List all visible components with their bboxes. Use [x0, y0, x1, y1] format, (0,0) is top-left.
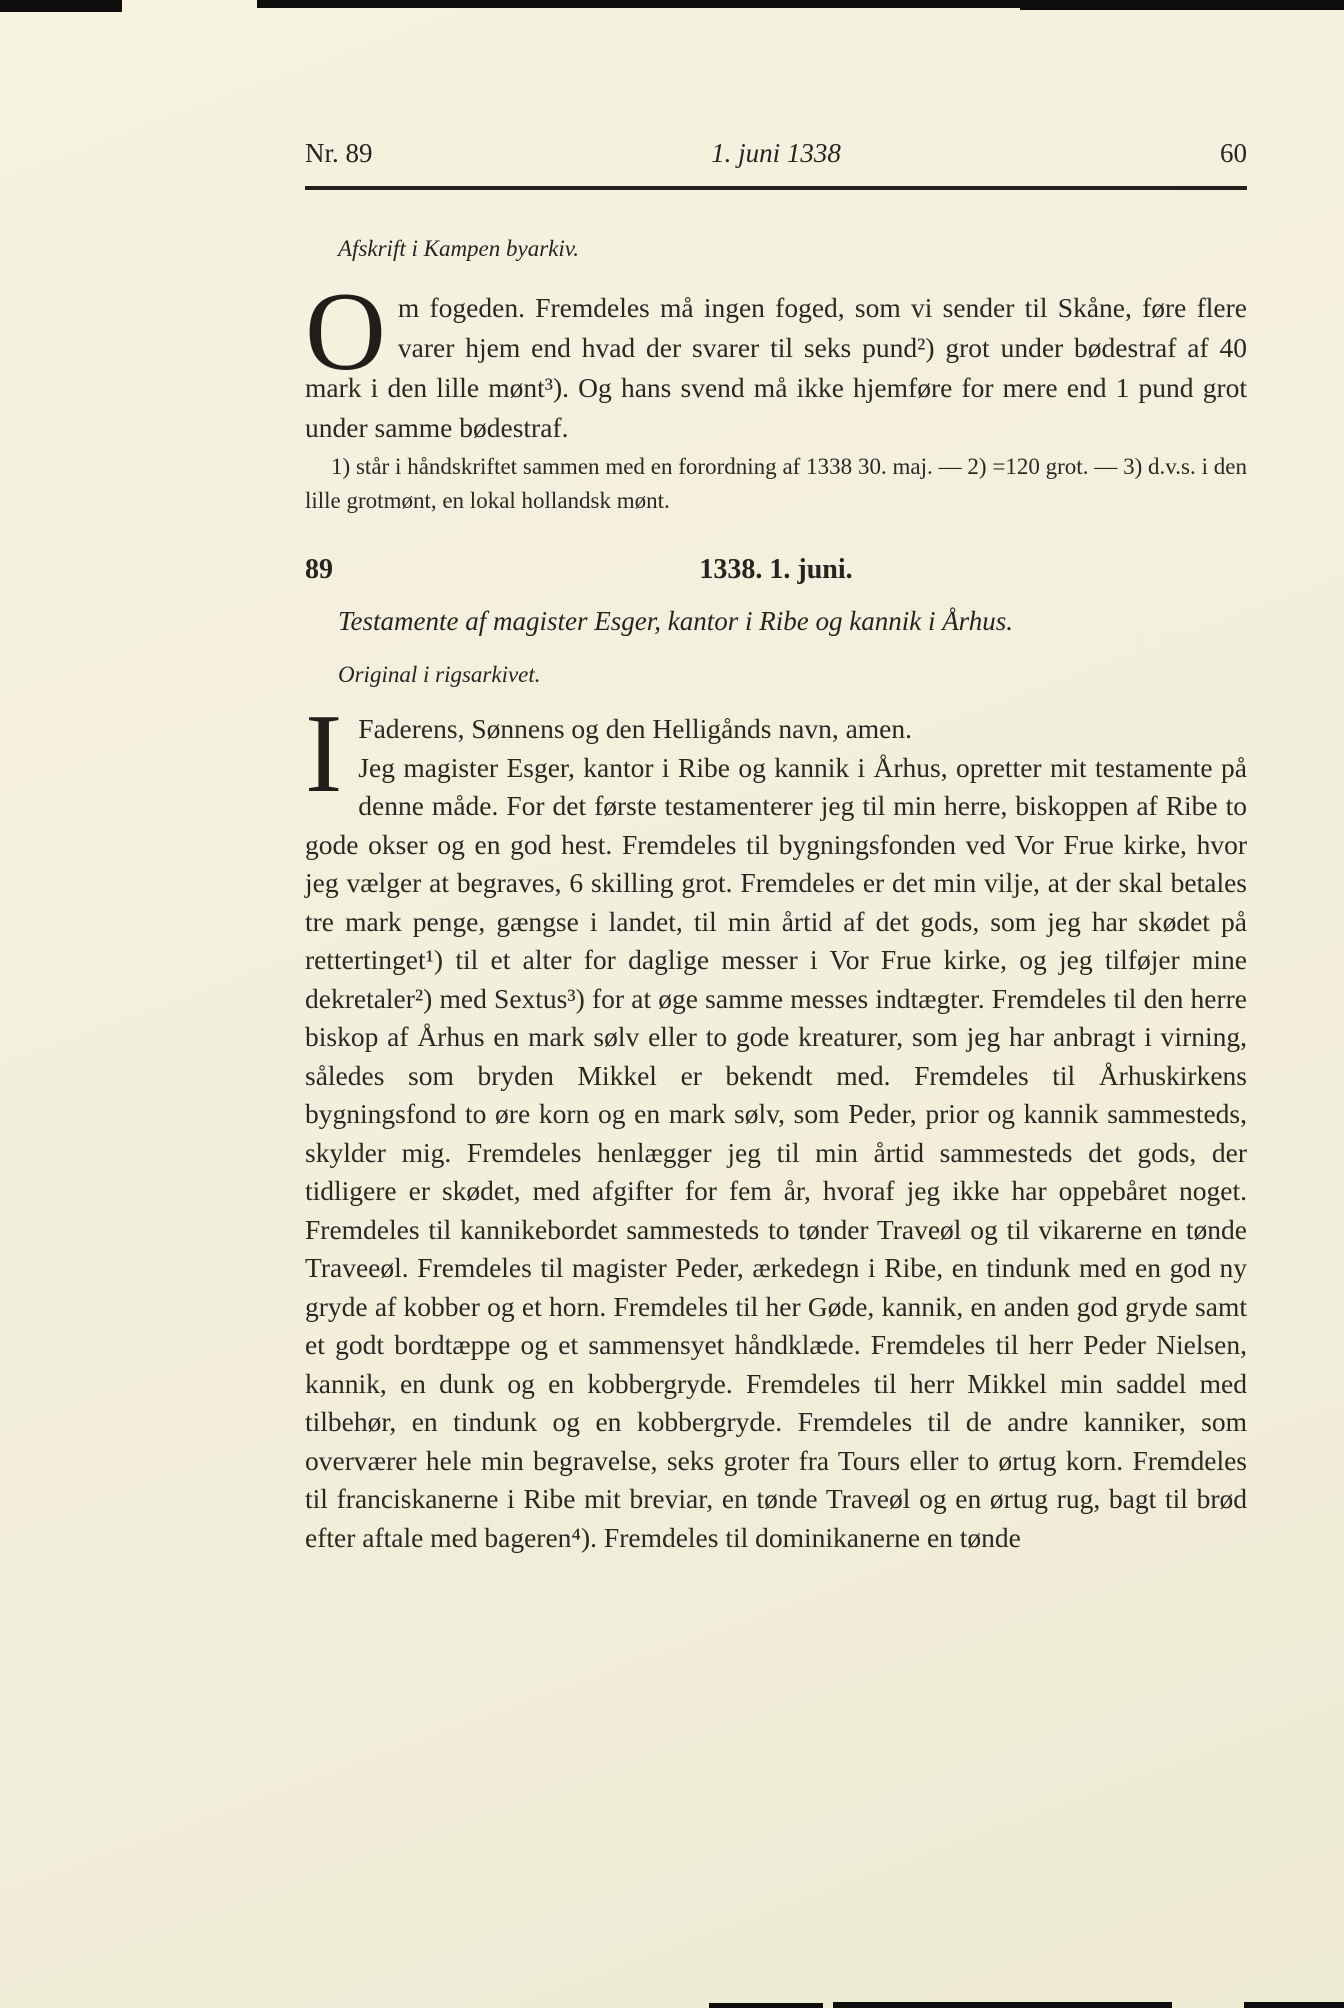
header-running-date: 1. juni 1338 [305, 138, 1247, 169]
entry89-title: Testamente af magister Esger, kantor i R… [305, 606, 1280, 637]
entry89-dropcap-I: I [305, 712, 342, 790]
entry89-invocation-text: Faderens, Sønnens og den Helligånds navn… [358, 713, 912, 744]
entry88-source-note: Afskrift i Kampen byarkiv. [305, 236, 1280, 262]
page-header: Nr. 89 1. juni 1338 60 [305, 138, 1247, 178]
scan-artifact-bottom-bar-1 [709, 2003, 823, 2008]
entry88-body-paragraph: O m fogeden. Fremdeles må ingen foged, s… [305, 288, 1247, 448]
entry89-body-paragraph: I Faderens, Sønnens og den Helligånds na… [305, 710, 1247, 1557]
scan-artifact-top-left-bar [0, 0, 122, 12]
header-rule [305, 186, 1247, 190]
entry89-date-heading: 1338. 1. juni. [305, 554, 1247, 586]
entry88-footnotes: 1) står i håndskriftet sammen med en for… [305, 450, 1247, 518]
entry88-dropcap-O: O [305, 290, 386, 368]
scan-artifact-top-right-bar [1020, 0, 1344, 10]
header-page-number: 60 [1220, 138, 1247, 169]
scan-artifact-bottom-bar-2 [833, 2002, 1172, 2008]
scan-artifact-bottom-bar-3 [1244, 2002, 1344, 2008]
entry89-source-note: Original i rigsarkivet. [305, 662, 1280, 688]
entry89-body-text: Jeg magister Esger, kantor i Ribe og kan… [305, 752, 1247, 1553]
book-page-scan: Nr. 89 1. juni 1338 60 Afskrift i Kampen… [0, 0, 1344, 2008]
entry88-body-text: m fogeden. Fremdeles må ingen foged, som… [305, 292, 1247, 443]
entry89-heading: 89 1338. 1. juni. [305, 554, 1247, 594]
